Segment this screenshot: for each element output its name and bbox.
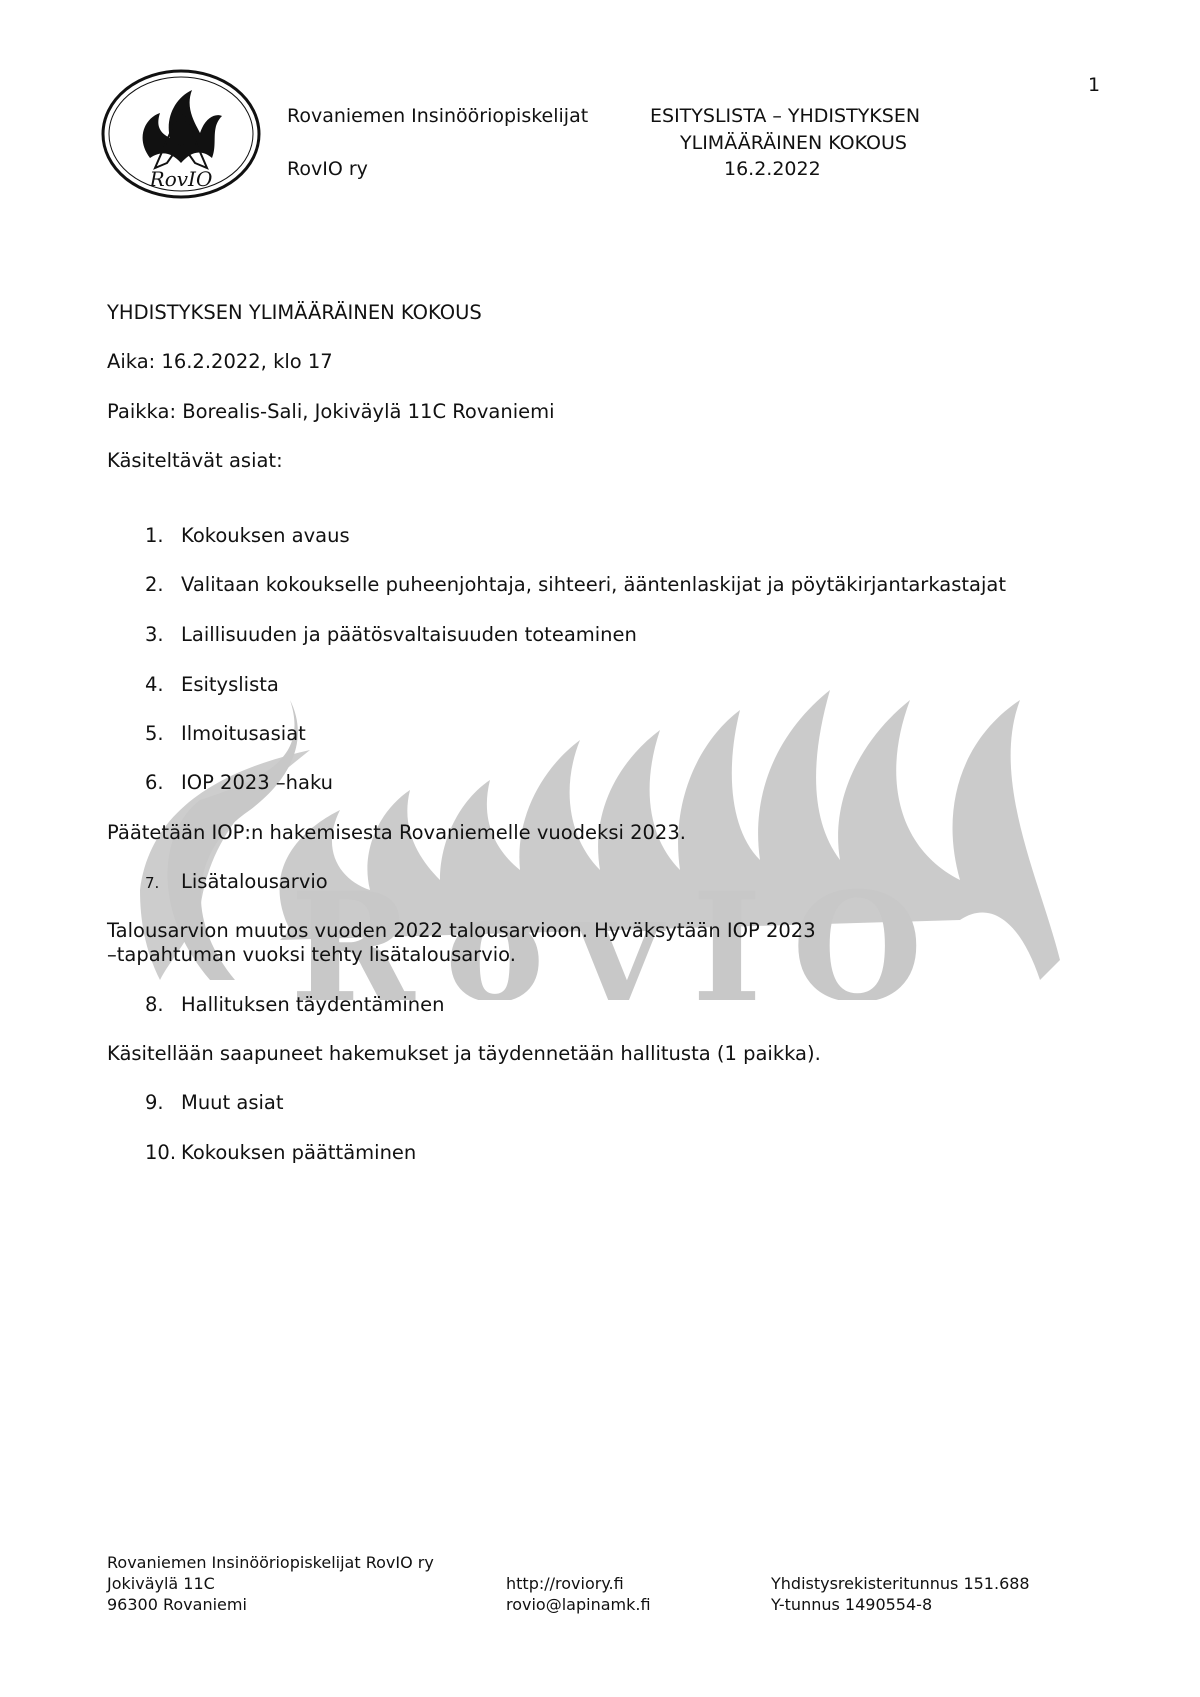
agenda-item-text: Lisätalousarvio — [181, 870, 328, 893]
svg-text:RovIO: RovIO — [149, 167, 213, 191]
agenda-item-number: 2. — [145, 572, 181, 598]
agenda-item-number: 10. — [145, 1140, 181, 1166]
footer-address: Rovaniemen Insinööriopiskelijat RovIO ry… — [107, 1552, 434, 1615]
agenda-item-number: 3. — [145, 622, 181, 648]
header-organization: Rovaniemen Insinööriopiskelijat — [287, 103, 588, 129]
meeting-time: Aika: 16.2.2022, klo 17 — [107, 349, 333, 375]
agenda-item: 4.Esityslista — [145, 672, 279, 698]
agenda-item-note: Käsitellään saapuneet hakemukset ja täyd… — [107, 1041, 821, 1067]
agenda-item: 2.Valitaan kokoukselle puheenjohtaja, si… — [145, 572, 1006, 598]
header-date: 16.2.2022 — [724, 156, 821, 182]
agenda-item-text: IOP 2023 –haku — [181, 771, 333, 794]
agenda-item-number: 5. — [145, 721, 181, 747]
footer-registration: Yhdistysrekisteritunnus 151.688 Y-tunnus… — [771, 1573, 1030, 1615]
page-number: 1 — [1088, 74, 1100, 96]
agenda-item: 5.Ilmoitusasiat — [145, 721, 306, 747]
header-organization-short: RovIO ry — [287, 156, 368, 182]
meeting-heading: YHDISTYKSEN YLIMÄÄRÄINEN KOKOUS — [107, 300, 482, 326]
agenda-item: 7.Lisätalousarvio — [145, 869, 328, 896]
agenda-item: 6.IOP 2023 –haku — [145, 770, 333, 796]
agenda-item: 10.Kokouksen päättäminen — [145, 1140, 416, 1166]
footer-street: Jokiväylä 11C — [107, 1573, 434, 1594]
agenda-item-text: Kokouksen avaus — [181, 524, 350, 547]
agenda-item-text: Valitaan kokoukselle puheenjohtaja, siht… — [181, 573, 1006, 596]
agenda-item-note: Talousarvion muutos vuoden 2022 talousar… — [107, 919, 816, 943]
agenda-item: 9.Muut asiat — [145, 1090, 284, 1116]
agenda-item-note: –tapahtuman vuoksi tehty lisätalousarvio… — [107, 943, 516, 967]
footer-city: 96300 Rovaniemi — [107, 1594, 434, 1615]
agenda-item-text: Laillisuuden ja päätösvaltaisuuden totea… — [181, 623, 637, 646]
footer-email-link[interactable]: rovio@lapinamk.fi — [506, 1594, 651, 1615]
agenda-item-note: Päätetään IOP:n hakemisesta Rovaniemelle… — [107, 820, 686, 846]
agenda-item-text: Hallituksen täydentäminen — [181, 993, 444, 1016]
footer-website-link[interactable]: http://roviory.fi — [506, 1573, 651, 1594]
agenda-item-number: 8. — [145, 992, 181, 1018]
agenda-item-number: 6. — [145, 770, 181, 796]
header-doc-title-line2: YLIMÄÄRÄINEN KOKOUS — [680, 130, 907, 156]
agenda-item-number: 1. — [145, 523, 181, 549]
agenda-item-text: Muut asiat — [181, 1091, 284, 1114]
header-doc-title-line1: ESITYSLISTA – YHDISTYKSEN — [650, 103, 920, 129]
agenda-item-text: Esityslista — [181, 673, 279, 696]
agenda-item-number: 4. — [145, 672, 181, 698]
agenda-item-number: 7. — [145, 870, 181, 896]
agenda-label: Käsiteltävät asiat: — [107, 448, 283, 474]
footer-org: Rovaniemen Insinööriopiskelijat RovIO ry — [107, 1552, 434, 1573]
footer-contact: http://roviory.fi rovio@lapinamk.fi — [506, 1573, 651, 1615]
meeting-place: Paikka: Borealis-Sali, Jokiväylä 11C Rov… — [107, 399, 555, 425]
footer-register-id: Yhdistysrekisteritunnus 151.688 — [771, 1573, 1030, 1594]
agenda-item: 3.Laillisuuden ja päätösvaltaisuuden tot… — [145, 622, 637, 648]
agenda-item-number: 9. — [145, 1090, 181, 1116]
agenda-item-text: Ilmoitusasiat — [181, 722, 306, 745]
rovio-logo-icon: RovIO — [100, 68, 262, 200]
agenda-item-text: Kokouksen päättäminen — [181, 1141, 416, 1164]
footer-business-id: Y-tunnus 1490554-8 — [771, 1594, 1030, 1615]
agenda-item: 8.Hallituksen täydentäminen — [145, 992, 444, 1018]
agenda-item: 1.Kokouksen avaus — [145, 523, 350, 549]
